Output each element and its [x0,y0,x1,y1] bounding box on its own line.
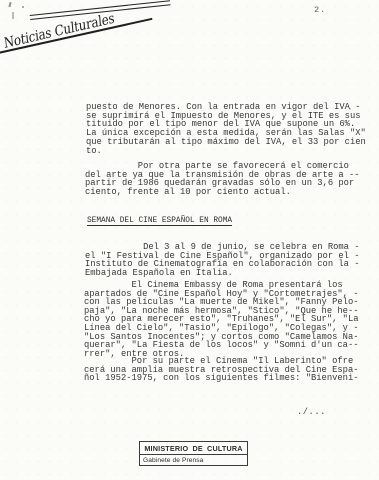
scan-mark [22,6,24,8]
ministry-stamp: MINISTERIO DE CULTURA Gabinete de Prensa [139,441,248,466]
continuation-mark: ./... [297,407,326,417]
paragraph-iva-taxes: puesto de Menores. Con la entrada en vig… [86,103,366,155]
paragraph-art-commerce: Por otra parte se favorecerá el comercio… [85,162,360,197]
ministry-name: MINISTERIO DE CULTURA [140,442,247,455]
section-heading-semana-cine: SEMANA DEL CINE ESPAÑOL EN ROMA [87,217,232,225]
paragraph-festival-roma: Del 3 al 9 de junio, se celebra en Roma … [85,243,360,278]
paragraph-cinema-embassy: El Cinema Embassy de Roma presentará los… [84,281,359,358]
page-number: 2. [314,5,326,15]
ministry-department: Gabinete de Prensa [140,455,247,465]
scanned-document-page: Noticias Culturales 2. puesto de Menores… [0,0,379,480]
scan-mark [12,12,14,19]
paragraph-cinema-laberinto: Por su parte el Cinema "Il Laberinto" of… [84,357,359,383]
scan-mark [8,2,11,7]
